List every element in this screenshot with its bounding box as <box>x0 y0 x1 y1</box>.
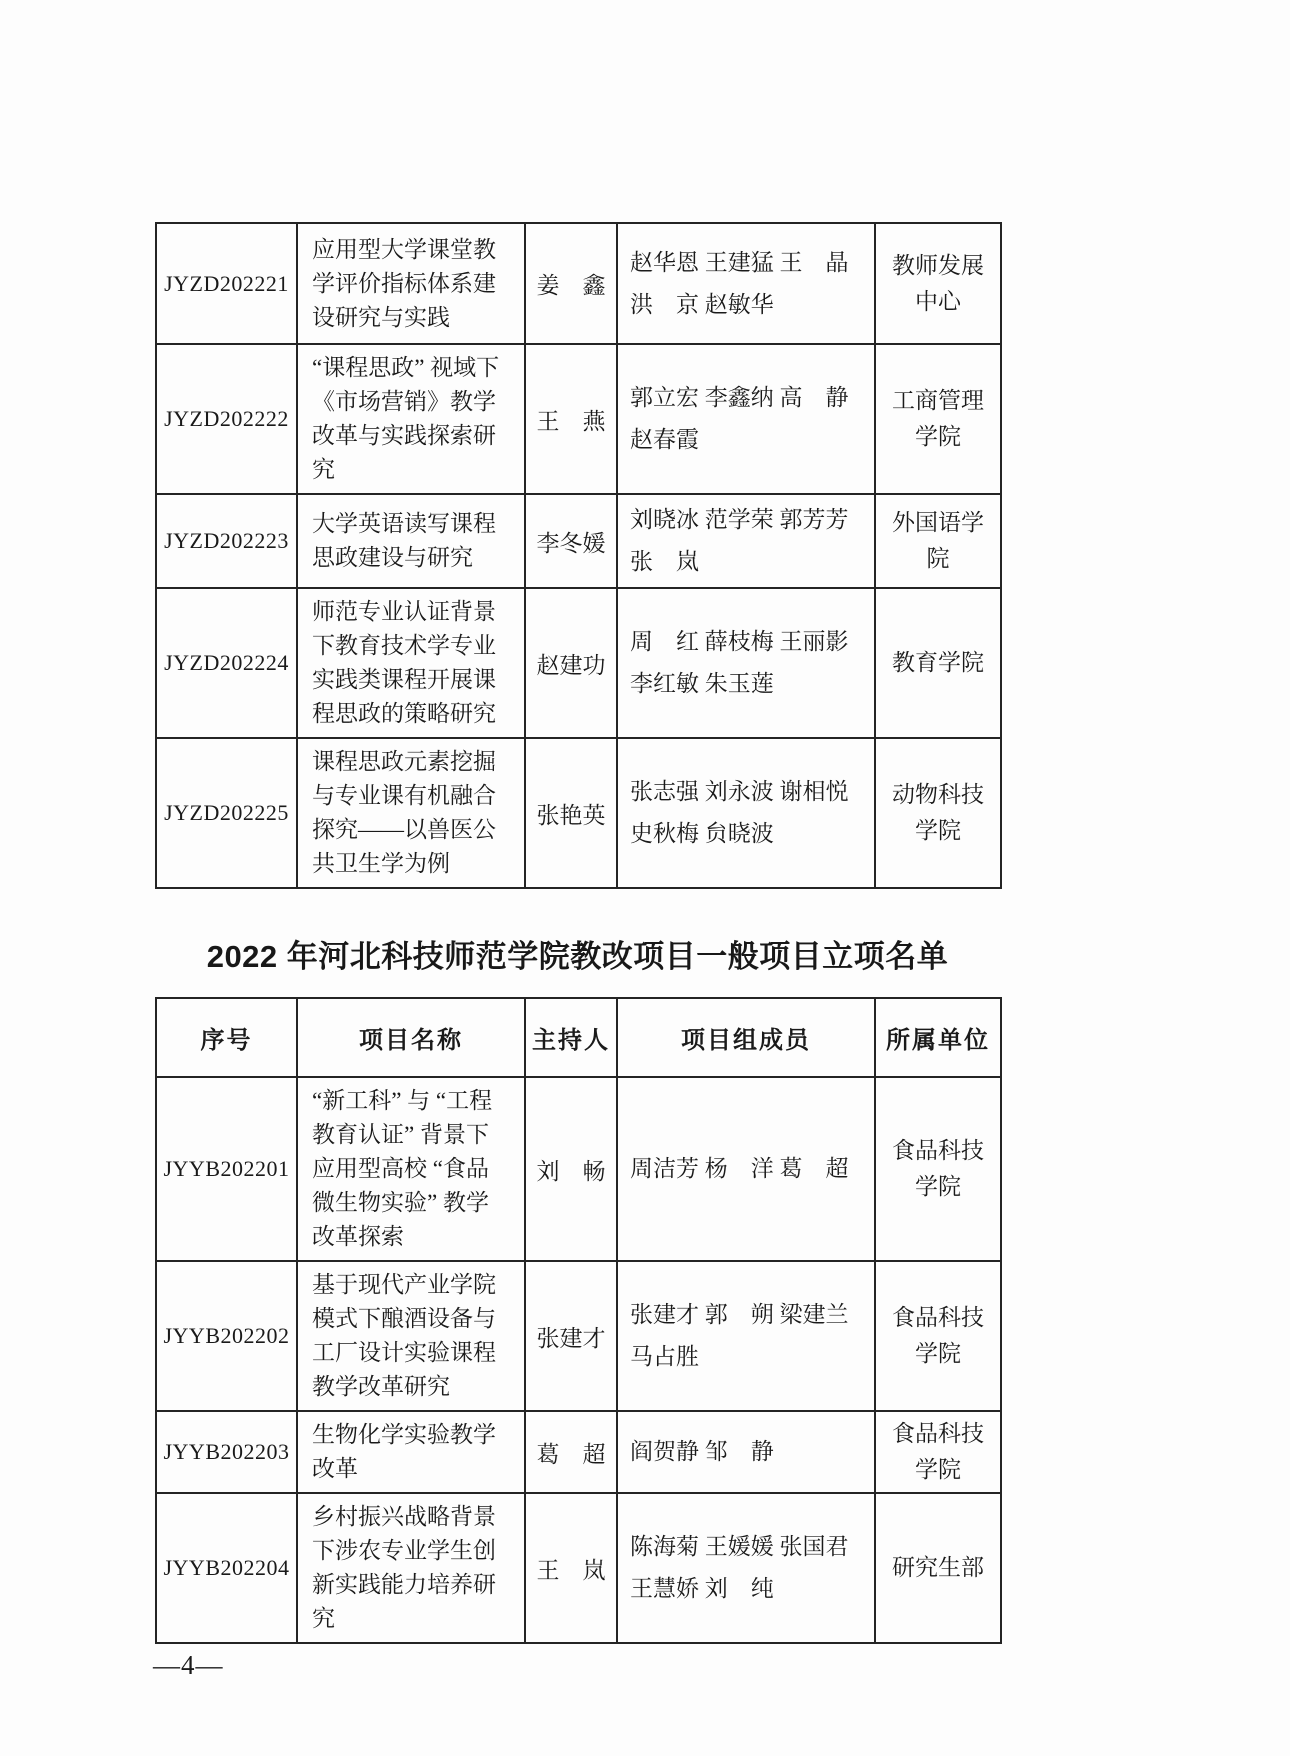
project-leader-cell: 姜 鑫 <box>525 223 617 344</box>
project-id-cell: JYZD202223 <box>156 494 297 588</box>
project-leader-cell: 刘 畅 <box>525 1077 617 1261</box>
project-title-cell: 生物化学实验教学改革 <box>297 1411 525 1493</box>
project-members-cell: 陈海菊 王媛媛 张国君 王慧娇 刘 纯 <box>617 1493 875 1643</box>
project-title-cell: 师范专业认证背景下教育技术学专业实践类课程开展课程思政的策略研究 <box>297 588 525 738</box>
project-unit-cell: 食品科技学院 <box>875 1261 1001 1411</box>
project-leader-cell: 李冬媛 <box>525 494 617 588</box>
project-leader-cell: 赵建功 <box>525 588 617 738</box>
table-row: JYYB202204 乡村振兴战略背景下涉农专业学生创新实践能力培养研究 王 岚… <box>156 1493 1001 1643</box>
project-unit-cell: 教育学院 <box>875 588 1001 738</box>
section-title: 2022 年河北科技师范学院教改项目一般项目立项名单 <box>155 931 1000 976</box>
header-project-name: 项目名称 <box>297 998 525 1077</box>
project-members-cell: 赵华恩 王建猛 王 晶 洪 京 赵敏华 <box>617 223 875 344</box>
table-row: JYZD202223 大学英语读写课程思政建设与研究 李冬媛 刘晓冰 范学荣 郭… <box>156 494 1001 588</box>
project-title-cell: “新工科” 与 “工程教育认证” 背景下应用型高校 “食品微生物实验” 教学改革… <box>297 1077 525 1261</box>
document-page: JYZD202221 应用型大学课堂教学评价指标体系建设研究与实践 姜 鑫 赵华… <box>0 0 1290 1756</box>
project-leader-cell: 王 岚 <box>525 1493 617 1643</box>
key-projects-table-continued: JYZD202221 应用型大学课堂教学评价指标体系建设研究与实践 姜 鑫 赵华… <box>155 222 1002 889</box>
project-title-cell: “课程思政” 视域下《市场营销》教学改革与实践探索研究 <box>297 344 525 494</box>
project-title-cell: 课程思政元素挖掘与专业课有机融合探究——以兽医公共卫生学为例 <box>297 738 525 888</box>
project-unit-cell: 研究生部 <box>875 1493 1001 1643</box>
project-unit-cell: 动物科技学院 <box>875 738 1001 888</box>
table-row: JYZD202225 课程思政元素挖掘与专业课有机融合探究——以兽医公共卫生学为… <box>156 738 1001 888</box>
project-members-cell: 张建才 郭 朔 梁建兰 马占胜 <box>617 1261 875 1411</box>
project-id-cell: JYZD202224 <box>156 588 297 738</box>
project-title-cell: 乡村振兴战略背景下涉农专业学生创新实践能力培养研究 <box>297 1493 525 1643</box>
project-members-cell: 阎贺静 邹 静 <box>617 1411 875 1493</box>
header-unit: 所属单位 <box>875 998 1001 1077</box>
table-row: JYZD202221 应用型大学课堂教学评价指标体系建设研究与实践 姜 鑫 赵华… <box>156 223 1001 344</box>
table-row: JYZD202224 师范专业认证背景下教育技术学专业实践类课程开展课程思政的策… <box>156 588 1001 738</box>
project-id-cell: JYYB202201 <box>156 1077 297 1261</box>
project-members-cell: 郭立宏 李鑫纳 高 静 赵春霞 <box>617 344 875 494</box>
project-members-cell: 周 红 薛枝梅 王丽影 李红敏 朱玉莲 <box>617 588 875 738</box>
project-leader-cell: 王 燕 <box>525 344 617 494</box>
project-members-cell: 张志强 刘永波 谢相悦 史秋梅 贠晓波 <box>617 738 875 888</box>
general-projects-table: 序号 项目名称 主持人 项目组成员 所属单位 JYYB202201 “新工科” … <box>155 997 1002 1644</box>
project-members-cell: 周洁芳 杨 洋 葛 超 <box>617 1077 875 1261</box>
header-serial: 序号 <box>156 998 297 1077</box>
project-members-cell: 刘晓冰 范学荣 郭芳芳 张 岚 <box>617 494 875 588</box>
project-id-cell: JYYB202204 <box>156 1493 297 1643</box>
header-leader: 主持人 <box>525 998 617 1077</box>
project-title-cell: 应用型大学课堂教学评价指标体系建设研究与实践 <box>297 223 525 344</box>
project-id-cell: JYZD202222 <box>156 344 297 494</box>
table-row: JYYB202203 生物化学实验教学改革 葛 超 阎贺静 邹 静 食品科技学院 <box>156 1411 1001 1493</box>
page-number: —4— <box>153 1650 224 1681</box>
project-title-cell: 基于现代产业学院模式下酿酒设备与工厂设计实验课程教学改革研究 <box>297 1261 525 1411</box>
project-id-cell: JYZD202225 <box>156 738 297 888</box>
project-unit-cell: 教师发展中心 <box>875 223 1001 344</box>
project-title-cell: 大学英语读写课程思政建设与研究 <box>297 494 525 588</box>
table-header-row: 序号 项目名称 主持人 项目组成员 所属单位 <box>156 998 1001 1077</box>
project-unit-cell: 外国语学院 <box>875 494 1001 588</box>
project-unit-cell: 食品科技学院 <box>875 1411 1001 1493</box>
project-id-cell: JYYB202202 <box>156 1261 297 1411</box>
project-leader-cell: 张艳英 <box>525 738 617 888</box>
project-unit-cell: 工商管理学院 <box>875 344 1001 494</box>
table-row: JYYB202202 基于现代产业学院模式下酿酒设备与工厂设计实验课程教学改革研… <box>156 1261 1001 1411</box>
project-id-cell: JYZD202221 <box>156 223 297 344</box>
table-row: JYZD202222 “课程思政” 视域下《市场营销》教学改革与实践探索研究 王… <box>156 344 1001 494</box>
project-unit-cell: 食品科技学院 <box>875 1077 1001 1261</box>
project-leader-cell: 葛 超 <box>525 1411 617 1493</box>
project-leader-cell: 张建才 <box>525 1261 617 1411</box>
project-id-cell: JYYB202203 <box>156 1411 297 1493</box>
header-members: 项目组成员 <box>617 998 875 1077</box>
table-row: JYYB202201 “新工科” 与 “工程教育认证” 背景下应用型高校 “食品… <box>156 1077 1001 1261</box>
